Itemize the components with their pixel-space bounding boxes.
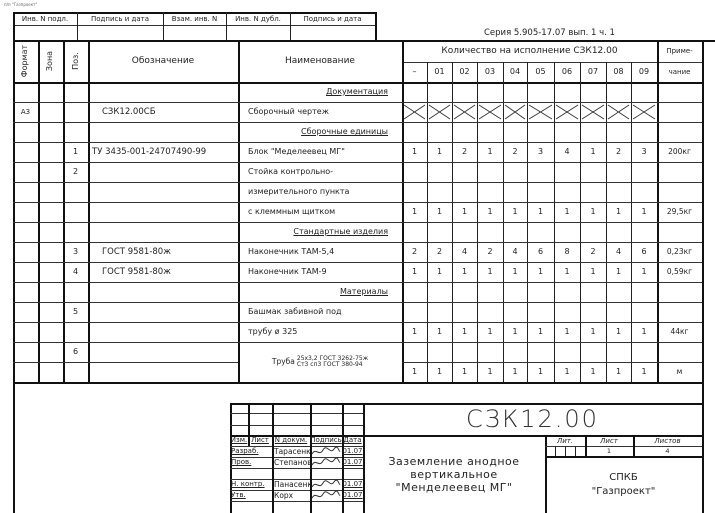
cross-mark-icon bbox=[503, 102, 527, 122]
header-variant: 08 bbox=[606, 62, 631, 82]
row-name: Наконечник ТАМ-9 bbox=[238, 262, 402, 282]
row-qty: 1 bbox=[402, 202, 427, 222]
row-qty bbox=[452, 122, 477, 142]
row-pos bbox=[63, 222, 88, 242]
row-note bbox=[657, 162, 702, 182]
row-note: 44кг bbox=[657, 322, 702, 342]
row-qty: 1 bbox=[477, 262, 503, 282]
row-qty bbox=[606, 162, 631, 182]
header-variant: 06 bbox=[554, 62, 580, 82]
row-name: Блок "Меделеевец МГ" bbox=[238, 142, 402, 162]
row-format bbox=[13, 142, 38, 162]
row-qty bbox=[527, 282, 554, 302]
row-designation bbox=[88, 122, 238, 142]
header-variant: 02 bbox=[452, 62, 477, 82]
header-variant: 05 bbox=[527, 62, 554, 82]
row-qty: 1 bbox=[580, 142, 606, 162]
signature-col-header: Подпись bbox=[310, 435, 342, 446]
row-pos: 6 bbox=[63, 342, 88, 362]
row-qty bbox=[402, 162, 427, 182]
signature-name: Корх bbox=[272, 490, 310, 501]
row-qty bbox=[554, 82, 580, 102]
row-note bbox=[657, 222, 702, 242]
cross-mark-icon bbox=[554, 102, 580, 122]
row-qty: 1 bbox=[580, 202, 606, 222]
row-qty: 1 bbox=[606, 362, 631, 382]
header-format-label: Формат bbox=[22, 45, 30, 77]
header-designation: Обозначение bbox=[88, 40, 238, 82]
signature-role: Н. контр. bbox=[230, 479, 272, 490]
row-qty: 8 bbox=[554, 242, 580, 262]
row-qty bbox=[402, 182, 427, 202]
signature-date: 01.07 bbox=[342, 457, 363, 468]
row-format bbox=[13, 302, 38, 322]
row-qty bbox=[402, 82, 427, 102]
row-qty bbox=[631, 82, 657, 102]
signature-col-header: Изм. bbox=[230, 435, 248, 446]
signature-name: Тарасенко bbox=[272, 446, 310, 457]
signature-role bbox=[230, 468, 272, 479]
signature-date: 01.07 bbox=[342, 479, 363, 490]
row-qty: 1 bbox=[402, 262, 427, 282]
signature-col-header: N докум. bbox=[272, 435, 310, 446]
pipe-name-denominator: Ст3 сп3 ГОСТ 380-94 bbox=[297, 362, 368, 368]
row-qty: 1 bbox=[527, 202, 554, 222]
row-format bbox=[13, 182, 38, 202]
section-heading: Сборочные единицы bbox=[238, 122, 402, 142]
row-qty: 1 bbox=[503, 362, 527, 382]
row-qty bbox=[580, 122, 606, 142]
document-code: СЗК12.00 bbox=[363, 403, 702, 435]
row-designation bbox=[88, 322, 238, 342]
row-designation: ГОСТ 9581-80ж bbox=[88, 242, 238, 262]
row-qty: 2 bbox=[427, 242, 452, 262]
row-qty bbox=[554, 122, 580, 142]
row-qty bbox=[554, 302, 580, 322]
row-qty: 1 bbox=[452, 202, 477, 222]
header-note-bottom: чание bbox=[657, 62, 702, 82]
header-variant: – bbox=[402, 62, 427, 82]
row-qty bbox=[427, 122, 452, 142]
row-qty: 1 bbox=[452, 362, 477, 382]
row-designation bbox=[88, 82, 238, 102]
row-note: 0,59кг bbox=[657, 262, 702, 282]
header-variant: 09 bbox=[631, 62, 657, 82]
row-format bbox=[13, 202, 38, 222]
row-qty: 1 bbox=[452, 322, 477, 342]
row-qty: 1 bbox=[527, 262, 554, 282]
grid-line-v bbox=[702, 40, 704, 513]
header-note-top: Приме- bbox=[657, 40, 702, 62]
row-note: 0,23кг bbox=[657, 242, 702, 262]
row-qty bbox=[503, 162, 527, 182]
row-qty bbox=[580, 162, 606, 182]
row-note bbox=[657, 102, 702, 122]
row-name: Башмак забивной под bbox=[238, 302, 402, 322]
row-pos: 1 bbox=[63, 142, 88, 162]
row-qty: 4 bbox=[452, 242, 477, 262]
row-qty bbox=[527, 82, 554, 102]
row-qty: 1 bbox=[527, 362, 554, 382]
row-qty bbox=[606, 282, 631, 302]
row-qty bbox=[503, 182, 527, 202]
row-qty: 1 bbox=[631, 362, 657, 382]
row-designation bbox=[88, 222, 238, 242]
row-qty bbox=[580, 182, 606, 202]
row-designation: ТУ 3435-001-24707490-99 bbox=[88, 142, 238, 162]
row-pos: 5 bbox=[63, 302, 88, 322]
row-designation bbox=[88, 282, 238, 302]
grid-line-v bbox=[38, 40, 40, 382]
row-qty bbox=[503, 282, 527, 302]
row-qty bbox=[606, 302, 631, 322]
grid-line-v bbox=[565, 446, 566, 456]
row-name: с клеммным щитком bbox=[238, 202, 402, 222]
row-qty: 1 bbox=[477, 202, 503, 222]
document-title: Заземление анодноевертикальное"Менделеев… bbox=[363, 436, 545, 513]
grid-line-h bbox=[13, 382, 702, 384]
row-qty: 1 bbox=[503, 202, 527, 222]
row-note: 200кг bbox=[657, 142, 702, 162]
signature-name: Степанов bbox=[272, 457, 310, 468]
row-qty: 4 bbox=[606, 242, 631, 262]
row-name-pipe: Труба25x3,2 ГОСТ 3262-75жСт3 сп3 ГОСТ 38… bbox=[238, 342, 402, 382]
row-qty: 2 bbox=[503, 142, 527, 162]
header-variant: 03 bbox=[477, 62, 503, 82]
row-qty: 1 bbox=[402, 362, 427, 382]
header-variant: 01 bbox=[427, 62, 452, 82]
row-qty bbox=[477, 222, 503, 242]
pipe-name-prefix: Труба bbox=[272, 358, 295, 366]
row-qty bbox=[477, 282, 503, 302]
header-pos: Поз. bbox=[63, 40, 88, 82]
row-qty: 1 bbox=[427, 362, 452, 382]
grid-line-v bbox=[375, 12, 377, 40]
row-qty: 1 bbox=[631, 262, 657, 282]
row-qty bbox=[452, 222, 477, 242]
signature-role: Разраб. bbox=[230, 446, 272, 457]
row-format bbox=[13, 242, 38, 262]
lit-label: Лит. bbox=[545, 436, 585, 446]
row-qty bbox=[606, 122, 631, 142]
row-qty bbox=[527, 122, 554, 142]
row-qty: 1 bbox=[554, 322, 580, 342]
row-pos bbox=[63, 122, 88, 142]
sheets-count: 4 bbox=[633, 446, 702, 456]
stamp-header: Подпись и дата bbox=[78, 13, 162, 25]
row-name: трубу ø 325 bbox=[238, 322, 402, 342]
row-qty: 1 bbox=[580, 262, 606, 282]
row-qty bbox=[631, 222, 657, 242]
row-qty bbox=[477, 302, 503, 322]
row-qty: 1 bbox=[606, 322, 631, 342]
row-qty bbox=[503, 222, 527, 242]
signature-role: Пров. bbox=[230, 457, 272, 468]
row-format bbox=[13, 282, 38, 302]
row-name: Сборочный чертеж bbox=[238, 102, 402, 122]
row-pos bbox=[63, 202, 88, 222]
row-qty bbox=[554, 222, 580, 242]
cross-mark-icon bbox=[580, 102, 606, 122]
signature-date bbox=[342, 468, 363, 479]
handwritten-signature bbox=[310, 490, 342, 501]
stamp-header: Подпись и дата bbox=[291, 13, 374, 25]
row-qty bbox=[631, 182, 657, 202]
cross-mark-icon bbox=[527, 102, 554, 122]
row-qty bbox=[580, 82, 606, 102]
organization: СПКБ"Газпроект" bbox=[545, 457, 702, 513]
row-qty bbox=[452, 162, 477, 182]
header-name: Наименование bbox=[238, 40, 402, 82]
row-qty bbox=[427, 182, 452, 202]
row-qty bbox=[580, 282, 606, 302]
row-qty bbox=[527, 222, 554, 242]
header-variant: 07 bbox=[580, 62, 606, 82]
row-qty bbox=[631, 162, 657, 182]
row-qty: 3 bbox=[631, 142, 657, 162]
row-qty bbox=[452, 302, 477, 322]
row-qty bbox=[402, 222, 427, 242]
header-pos-label: Поз. bbox=[72, 52, 80, 70]
handwritten-signature bbox=[310, 446, 342, 457]
row-designation: СЗК12.00СБ bbox=[88, 102, 238, 122]
organization-line: "Газпроект" bbox=[592, 485, 656, 499]
row-qty: 1 bbox=[503, 262, 527, 282]
row-designation: ГОСТ 9581-80ж bbox=[88, 262, 238, 282]
row-qty bbox=[477, 82, 503, 102]
row-qty: 2 bbox=[580, 242, 606, 262]
header-zone-label: Зона bbox=[47, 51, 55, 71]
row-qty: 1 bbox=[606, 262, 631, 282]
stamp-header: Взам. инв. N bbox=[164, 13, 225, 25]
row-pos bbox=[63, 182, 88, 202]
row-note bbox=[657, 302, 702, 322]
header-zone: Зона bbox=[38, 40, 63, 82]
row-note bbox=[657, 282, 702, 302]
row-name: Стойка контрольно- bbox=[238, 162, 402, 182]
document-title-line: "Менделеевец МГ" bbox=[396, 481, 513, 494]
row-qty bbox=[503, 82, 527, 102]
cross-mark-icon bbox=[402, 102, 427, 122]
row-qty: 1 bbox=[427, 322, 452, 342]
row-qty bbox=[427, 282, 452, 302]
grid-line-v bbox=[575, 446, 576, 456]
signature-name bbox=[272, 468, 310, 479]
header-qty-group: Количество на исполнение СЗК12.00 bbox=[402, 40, 657, 62]
row-note bbox=[657, 182, 702, 202]
row-qty: 1 bbox=[606, 202, 631, 222]
row-qty bbox=[402, 122, 427, 142]
row-qty: 2 bbox=[606, 142, 631, 162]
row-qty: 6 bbox=[527, 242, 554, 262]
row-format bbox=[13, 122, 38, 142]
row-qty bbox=[606, 182, 631, 202]
row-qty bbox=[631, 302, 657, 322]
signature-col-header: Дата bbox=[342, 435, 363, 446]
row-qty: 1 bbox=[527, 322, 554, 342]
row-qty bbox=[503, 302, 527, 322]
row-designation bbox=[88, 302, 238, 322]
row-designation bbox=[88, 182, 238, 202]
signature-date: 01.07 bbox=[342, 490, 363, 501]
signature-icon bbox=[310, 446, 342, 457]
row-qty bbox=[554, 162, 580, 182]
row-qty bbox=[606, 82, 631, 102]
row-qty: 1 bbox=[580, 362, 606, 382]
row-qty bbox=[427, 82, 452, 102]
row-format bbox=[13, 262, 38, 282]
signature-icon bbox=[310, 490, 342, 501]
row-qty bbox=[580, 302, 606, 322]
row-qty bbox=[427, 222, 452, 242]
signature-name: Панасенко bbox=[272, 479, 310, 490]
row-qty: 2 bbox=[402, 242, 427, 262]
row-format: А3 bbox=[13, 102, 38, 122]
row-pos: 4 bbox=[63, 262, 88, 282]
row-qty: 3 bbox=[527, 142, 554, 162]
cross-mark-icon bbox=[477, 102, 503, 122]
row-qty: 1 bbox=[452, 262, 477, 282]
row-format bbox=[13, 162, 38, 182]
row-qty: 2 bbox=[452, 142, 477, 162]
row-qty: 1 bbox=[427, 202, 452, 222]
row-qty: 1 bbox=[503, 322, 527, 342]
cross-mark-icon bbox=[606, 102, 631, 122]
row-qty bbox=[452, 182, 477, 202]
row-name: Наконечник ТАМ-5,4 bbox=[238, 242, 402, 262]
row-qty: 6 bbox=[631, 242, 657, 262]
section-heading: Материалы bbox=[238, 282, 402, 302]
header-format: Формат bbox=[13, 40, 38, 82]
pipe-name-fraction: 25x3,2 ГОСТ 3262-75жСт3 сп3 ГОСТ 380-94 bbox=[297, 356, 368, 368]
row-format bbox=[13, 82, 38, 102]
row-qty: 1 bbox=[427, 262, 452, 282]
organization-line: СПКБ bbox=[609, 471, 637, 485]
row-qty bbox=[527, 162, 554, 182]
sheet-label: Лист bbox=[585, 436, 633, 446]
row-note bbox=[657, 122, 702, 142]
row-qty bbox=[527, 302, 554, 322]
handwritten-signature bbox=[310, 479, 342, 490]
row-qty bbox=[631, 122, 657, 142]
series-label: Серия 5.905-17.07 вып. 1 ч. 1 bbox=[484, 28, 615, 38]
grid-line-v bbox=[555, 446, 556, 456]
row-qty: 1 bbox=[477, 362, 503, 382]
row-pos: 3 bbox=[63, 242, 88, 262]
row-pos: 2 bbox=[63, 162, 88, 182]
row-qty bbox=[580, 222, 606, 242]
row-qty bbox=[452, 82, 477, 102]
row-name: измерительного пункта bbox=[238, 182, 402, 202]
row-qty: 1 bbox=[402, 322, 427, 342]
row-qty: 4 bbox=[554, 142, 580, 162]
cross-mark-icon bbox=[631, 102, 657, 122]
row-qty bbox=[427, 162, 452, 182]
row-qty: 1 bbox=[477, 322, 503, 342]
row-qty: 1 bbox=[427, 142, 452, 162]
row-qty: 1 bbox=[631, 322, 657, 342]
grid-line-h bbox=[13, 25, 375, 26]
row-qty bbox=[452, 282, 477, 302]
row-qty bbox=[402, 302, 427, 322]
row-format bbox=[13, 322, 38, 342]
row-qty: 1 bbox=[554, 362, 580, 382]
header-variant: 04 bbox=[503, 62, 527, 82]
row-designation bbox=[88, 202, 238, 222]
row-qty: 1 bbox=[580, 322, 606, 342]
row-qty bbox=[606, 222, 631, 242]
row-qty: 2 bbox=[477, 242, 503, 262]
grid-line-h bbox=[13, 362, 238, 363]
row-qty bbox=[402, 282, 427, 302]
row-qty: 4 bbox=[503, 242, 527, 262]
document-title-line: вертикальное bbox=[410, 468, 497, 481]
row-qty: 1 bbox=[402, 142, 427, 162]
top-label: п/п "Газпроект" bbox=[4, 2, 37, 7]
section-heading: Документация bbox=[238, 82, 402, 102]
row-qty bbox=[554, 282, 580, 302]
row-qty: 1 bbox=[631, 202, 657, 222]
row-pos bbox=[63, 102, 88, 122]
row-qty bbox=[503, 122, 527, 142]
row-qty bbox=[554, 182, 580, 202]
sheet-number: 1 bbox=[585, 446, 633, 456]
row-qty: 1 bbox=[554, 202, 580, 222]
cross-mark-icon bbox=[452, 102, 477, 122]
row-qty: 1 bbox=[477, 142, 503, 162]
row-designation bbox=[88, 162, 238, 182]
row-qty bbox=[477, 182, 503, 202]
row-pos bbox=[63, 282, 88, 302]
row-qty: 1 bbox=[554, 262, 580, 282]
row-qty bbox=[427, 302, 452, 322]
row-format bbox=[13, 222, 38, 242]
row-note bbox=[657, 82, 702, 102]
row-note: 29,5кг bbox=[657, 202, 702, 222]
row-note: м bbox=[657, 362, 702, 382]
signature-date: 01.07 bbox=[342, 446, 363, 457]
signature-icon bbox=[310, 479, 342, 490]
sheets-label: Листов bbox=[633, 436, 702, 446]
signature-col-header: Лист bbox=[248, 435, 272, 446]
row-pos bbox=[63, 82, 88, 102]
stamp-header: Инв. N подл. bbox=[14, 13, 76, 25]
signature-role: Утв. bbox=[230, 490, 272, 501]
stamp-header: Инв. N дубл. bbox=[227, 13, 289, 25]
row-qty bbox=[631, 282, 657, 302]
row-qty bbox=[477, 162, 503, 182]
row-qty bbox=[527, 182, 554, 202]
handwritten-signature bbox=[310, 457, 342, 468]
section-heading: Стандартные изделия bbox=[238, 222, 402, 242]
signature-icon bbox=[310, 457, 342, 468]
row-pos bbox=[63, 322, 88, 342]
cross-mark-icon bbox=[427, 102, 452, 122]
document-title-line: Заземление анодное bbox=[388, 455, 519, 468]
row-qty bbox=[477, 122, 503, 142]
